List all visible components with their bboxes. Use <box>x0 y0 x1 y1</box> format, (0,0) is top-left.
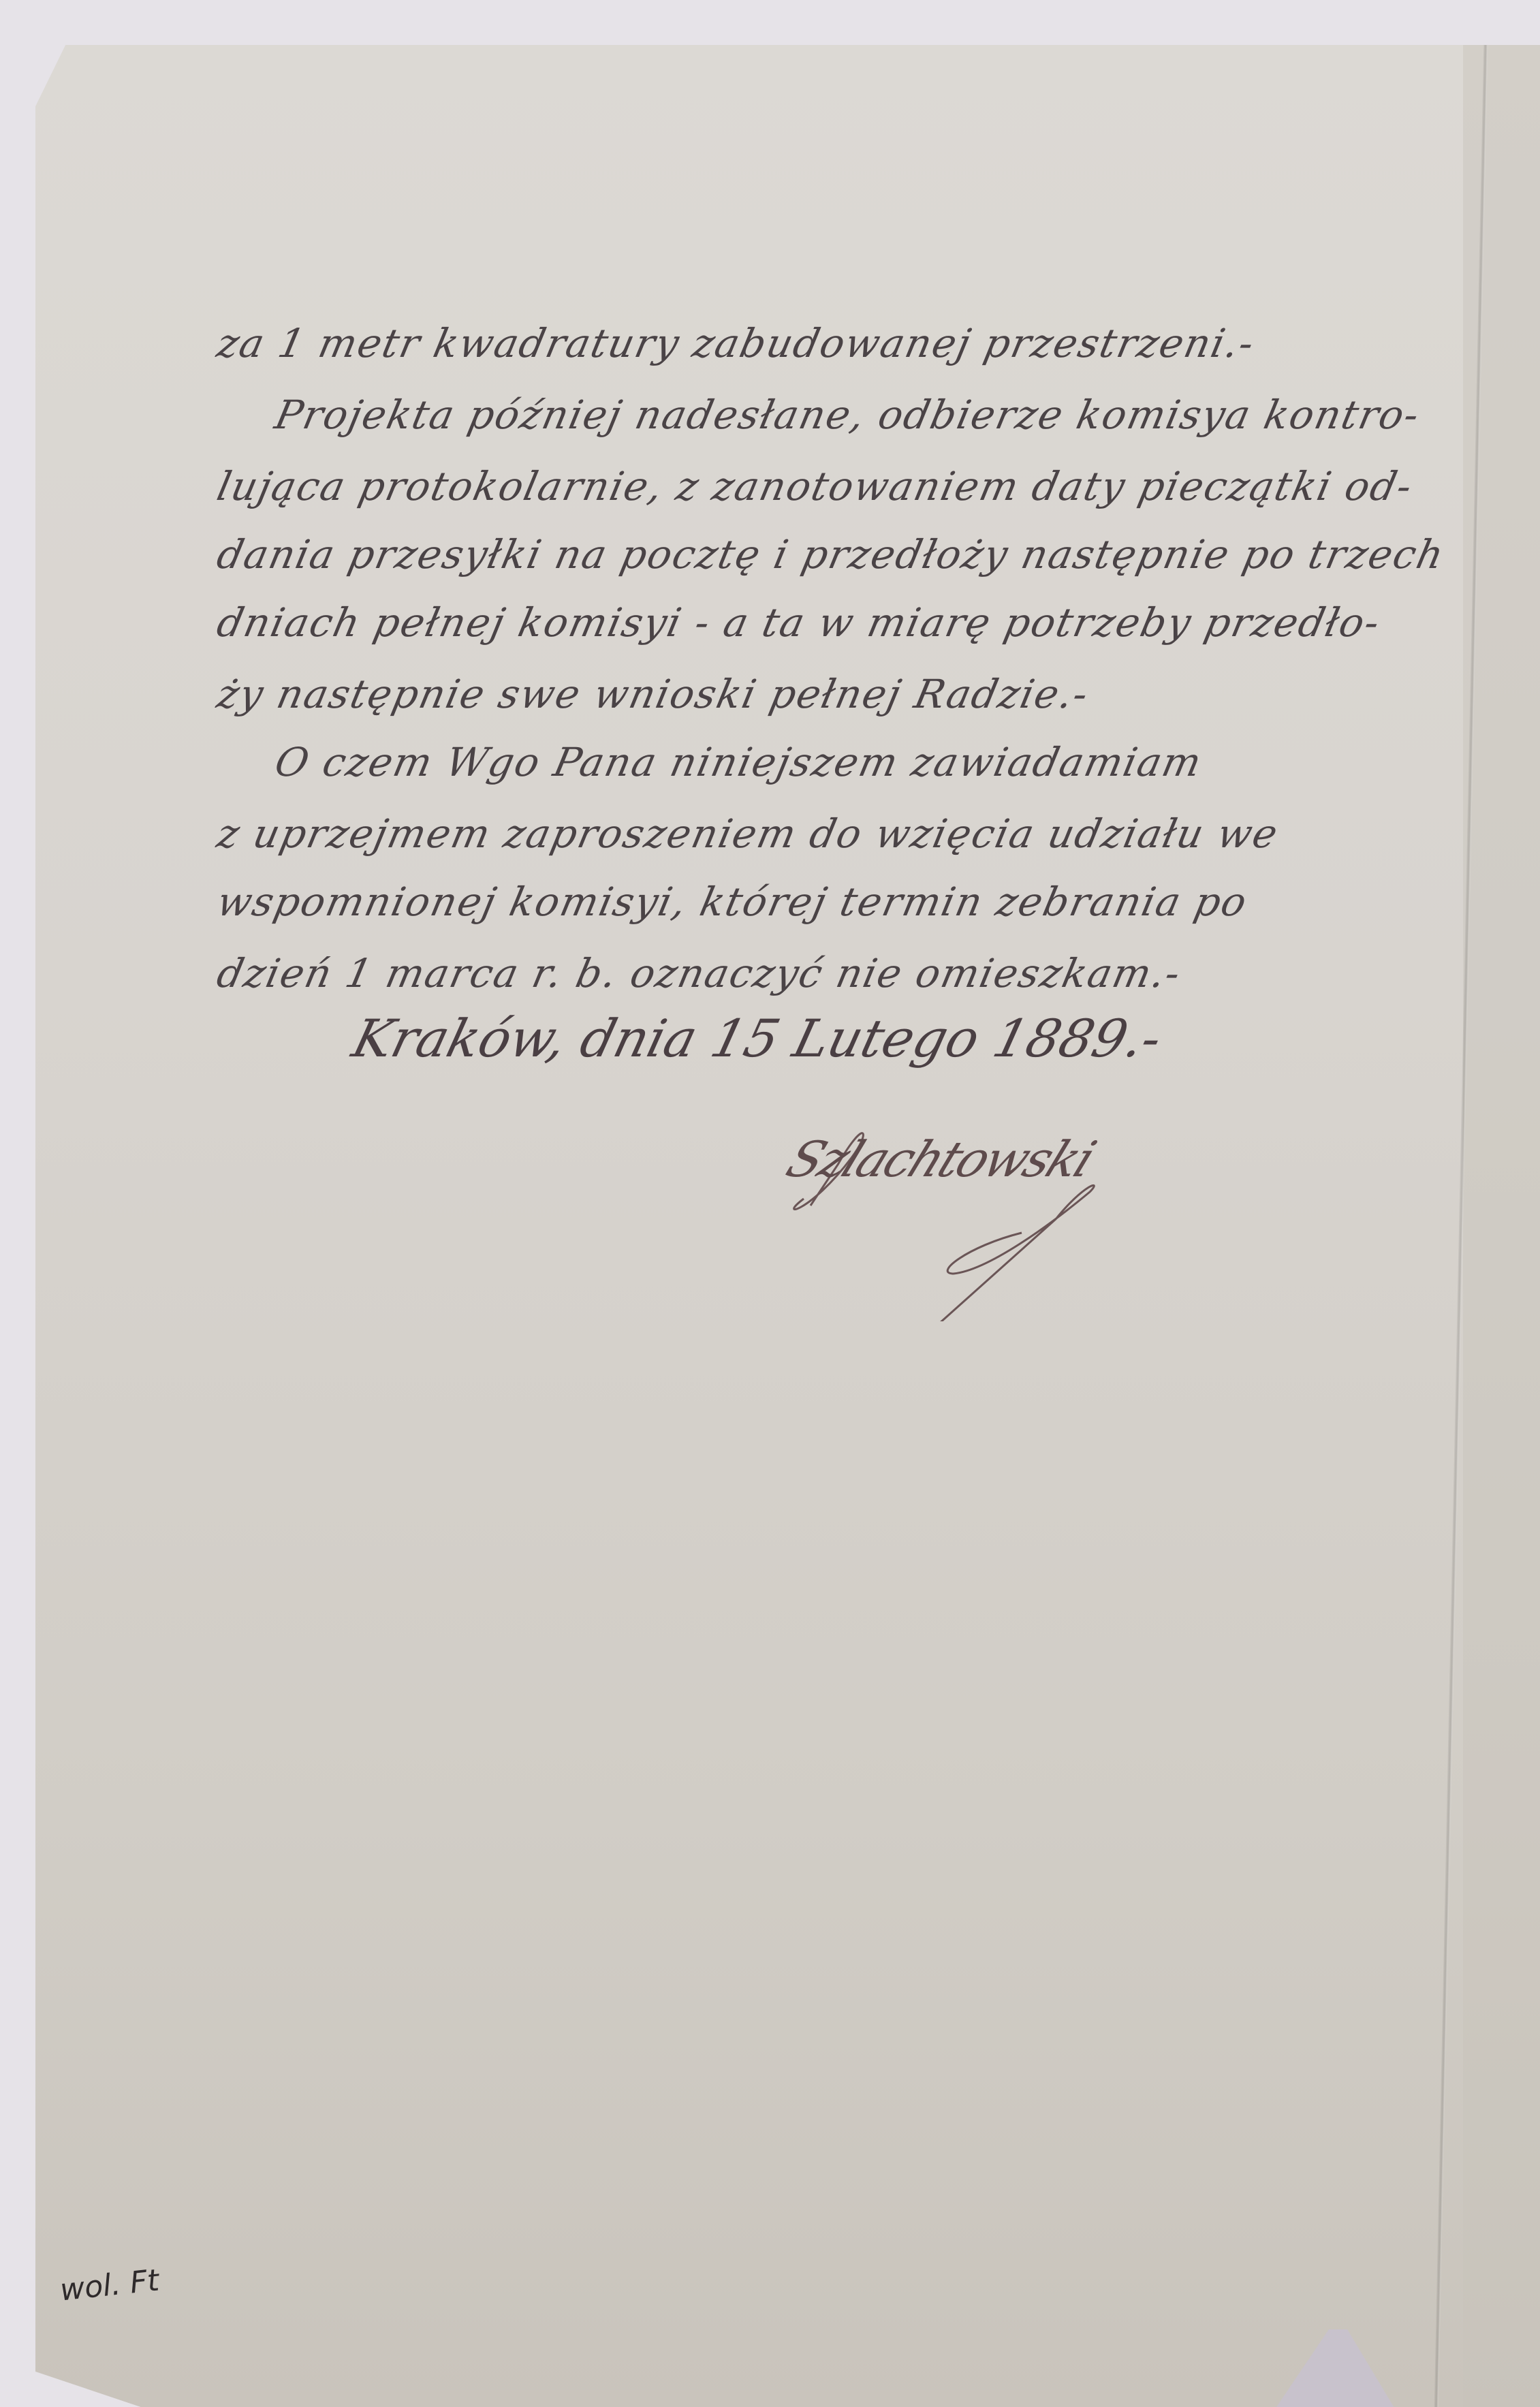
letter-line: wspomnionej komisyi, której termin zebra… <box>213 879 1252 925</box>
letter-line: dania przesyłki na pocztę i przedłoży na… <box>213 531 1449 578</box>
letter-line: ży następnie swe wnioski pełnej Radzie.- <box>213 671 1093 717</box>
letter-line: za 1 metr kwadratury zabudowanej przestr… <box>213 320 1259 366</box>
letter-line: dniach pełnej komisyi - a ta w miarę pot… <box>213 599 1385 646</box>
letter-line: dzień 1 marca r. b. oznaczyć nie omieszk… <box>213 950 1186 996</box>
signature: Szlachtowski <box>763 1117 1185 1321</box>
signature-text: Szlachtowski <box>779 1131 1102 1188</box>
adjacent-page-panel <box>1463 45 1540 2407</box>
letter-line: z uprzejmem zaproszeniem do wzięcia udzi… <box>213 811 1283 857</box>
letter-line: lująca protokolarnie, z zanotowaniem dat… <box>213 463 1417 509</box>
place-and-date: Kraków, dnia 15 Lutego 1889.- <box>347 1008 1168 1069</box>
letter-line: O czem Wgo Pana niniejszem zawiadamiam <box>271 739 1207 785</box>
letter-line: Projekta później nadesłane, odbierze kom… <box>271 392 1424 438</box>
